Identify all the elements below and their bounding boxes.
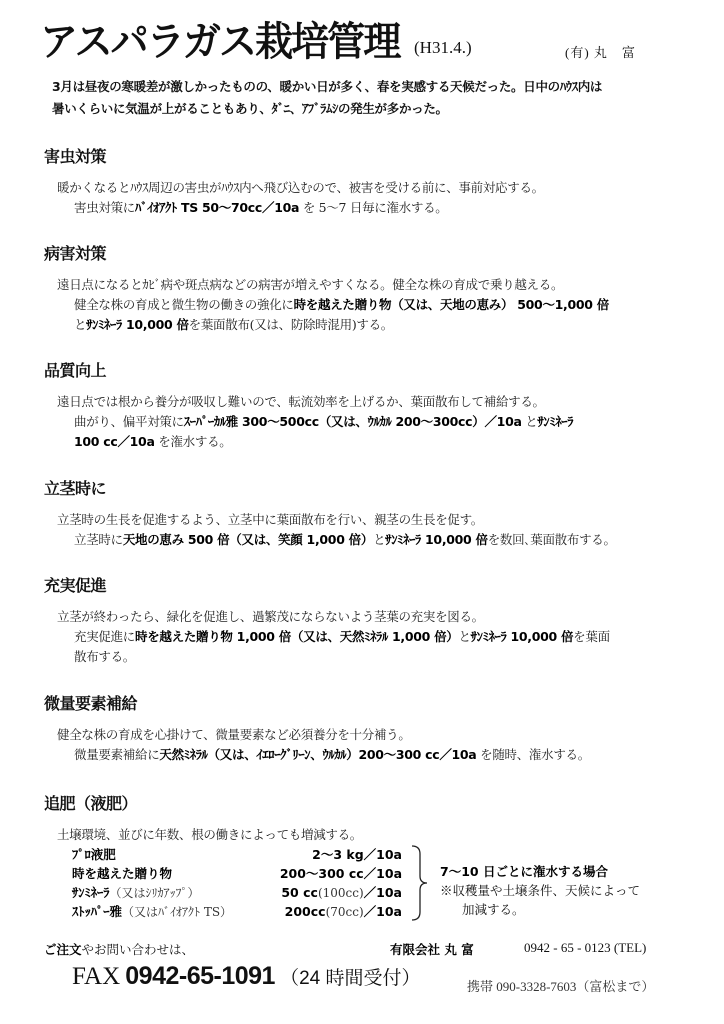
text: を 5～7 日毎に潅水する。 <box>299 200 447 215</box>
fertilizer-amount: 200cc(70cc)／10a <box>272 902 402 921</box>
fertilizer-amount: 50 cc(100cc)／10a <box>272 883 402 902</box>
section-heading: 追肥（液肥） <box>44 793 694 815</box>
name: ｻﾝﾐﾈｰﾗ <box>72 885 110 900</box>
section-heading: 害虫対策 <box>44 146 694 168</box>
page-title: アスパラガス栽培管理 <box>40 18 399 66</box>
product-dosage: ｻﾝﾐﾈｰﾗ 10,000 倍 <box>385 532 487 547</box>
fertilizer-amount: 2～3 kg／10a <box>272 845 402 864</box>
fax-number: 0942-65-1091 <box>125 962 275 990</box>
text: と <box>373 532 385 547</box>
product-dosage: ｽｰﾊﾟｰｶﾙ雅 300～500cc（又は、ｳﾙｶﾙ 200～300cc）／10… <box>184 414 522 429</box>
section-topdressing: 追肥（液肥） 土壌環境、並びに年数、根の働きによっても増減する。 <box>44 793 694 845</box>
section-instruction-cont: とｻﾝﾐﾈｰﾗ 10,000 倍を葉面散布(又は、防除時混用)する。 <box>44 315 694 335</box>
intro-paragraph: 3月は昼夜の寒暖差が激しかったものの、暖かい日が多く、春を実感する天候だった。日… <box>52 76 692 120</box>
name: ｽﾄｯﾊﾟｰ雅 <box>72 904 122 919</box>
product-dosage: 天然ﾐﾈﾗﾙ（又は、ｲｴﾛｰｸﾞﾘｰﾝ、ｳﾙｶﾙ）200～300 cc／10a <box>159 747 476 762</box>
product-dosage: 100 cc／10a <box>74 434 155 449</box>
section-text: 健全な株の育成を心掛けて、微量要素など必須養分を十分補う。 <box>44 725 694 745</box>
alt-amount: (100cc) <box>318 886 364 900</box>
section-instruction: 健全な株の育成と微生物の働きの強化に時を越えた贈り物（又は、天地の恵み） 500… <box>44 295 694 315</box>
order-label: ご注文 <box>44 942 82 957</box>
name: 時を越えた贈り物 <box>72 866 172 881</box>
section-text: 立茎時の生長を促進するよう、立茎中に葉面散布を行い、親茎の生長を促す。 <box>44 510 694 530</box>
text: 曲がり、偏平対策に <box>74 414 184 429</box>
fertilizer-amount: 200～300 cc／10a <box>272 864 402 883</box>
tel-number: 0942 - 65 - 0123 (TEL) <box>524 940 646 956</box>
section-pest-control: 害虫対策 暖かくなるとﾊｳｽ周辺の害虫がﾊｳｽ内へ飛び込むので、被害を受ける前に… <box>44 146 694 218</box>
note-text: 加減する。 <box>440 900 640 919</box>
text: 健全な株の育成と微生物の働きの強化に <box>74 297 294 312</box>
section-instruction: 曲がり、偏平対策にｽｰﾊﾟｰｶﾙ雅 300～500cc（又は、ｳﾙｶﾙ 200～… <box>44 412 694 432</box>
note-text: ※収穫量や土壌条件、天候によって <box>440 881 640 900</box>
section-heading: 立茎時に <box>44 478 694 500</box>
fertilizer-row: ｽﾄｯﾊﾟｰ雅（又はﾊﾞｲｵｱｸﾄ TS） 200cc(70cc)／10a <box>72 902 412 921</box>
fax-label: FAX <box>72 963 120 990</box>
section-enrichment: 充実促進 立茎が終わったら、緑化を促進し、過繁茂にならないよう茎葉の充実を図る。… <box>44 575 694 667</box>
text: を葉面散布(又は、防除時混用)する。 <box>189 317 393 332</box>
fertilizer-name: ｽﾄｯﾊﾟｰ雅（又はﾊﾞｲｵｱｸﾄ TS） <box>72 902 272 921</box>
fertilizer-note: 7～10 日ごとに潅水する場合 ※収穫量や土壌条件、天候によって 加減する。 <box>440 862 640 919</box>
company-full-name: 有限会社 丸 富 <box>390 940 474 958</box>
unit: ／10a <box>364 904 402 919</box>
alternative: （又はﾊﾞｲｵｱｸﾄ TS） <box>122 905 232 919</box>
text: 立茎時に <box>74 532 123 547</box>
text: を葉面 <box>573 629 610 644</box>
section-disease-control: 病害対策 遠日点になるとｶﾋﾞ病や斑点病などの病害が増えやすくなる。健全な株の育… <box>44 243 694 335</box>
amount: 200cc <box>285 904 326 919</box>
section-instruction: 微量要素補給に天然ﾐﾈﾗﾙ（又は、ｲｴﾛｰｸﾞﾘｰﾝ、ｳﾙｶﾙ）200～300 … <box>44 745 694 765</box>
fertilizer-table: ﾌﾟﾛ液肥 2～3 kg／10a 時を越えた贈り物 200～300 cc／10a… <box>72 845 412 921</box>
text: 微量要素補給に <box>74 747 159 762</box>
section-text: 遠日点になるとｶﾋﾞ病や斑点病などの病害が増えやすくなる。健全な株の育成で乗り越… <box>44 275 694 295</box>
section-instruction-cont: 100 cc／10a を潅水する。 <box>44 432 694 452</box>
fax-hours: （24 時間受付） <box>280 968 420 989</box>
fertilizer-row: ｻﾝﾐﾈｰﾗ（又はｼﾘｶｱｯﾌﾟ） 50 cc(100cc)／10a <box>72 883 412 902</box>
name: ﾌﾟﾛ液肥 <box>72 847 116 862</box>
text: と <box>522 414 538 429</box>
section-heading: 病害対策 <box>44 243 694 265</box>
section-instruction-cont: 散布する。 <box>44 647 694 667</box>
company-name: (有) 丸 富 <box>565 42 636 61</box>
product-dosage: 天地の恵み 500 倍（又は、笑顔 1,000 倍） <box>123 532 373 547</box>
contact-line: ご注文やお問い合わせは、 有限会社 丸 富 0942 - 65 - 0123 (… <box>44 940 694 958</box>
section-stem-standing: 立茎時に 立茎時の生長を促進するよう、立茎中に葉面散布を行い、親茎の生長を促す。… <box>44 478 694 550</box>
mobile-number: 携帯 090-3328-7603（富松まで） <box>467 976 654 995</box>
inquiry-text: やお問い合わせは、 <box>82 942 195 957</box>
fertilizer-row: 時を越えた贈り物 200～300 cc／10a <box>72 864 412 883</box>
title-date: (H31.4.) <box>414 38 472 58</box>
text: と <box>74 317 86 332</box>
section-heading: 微量要素補給 <box>44 693 694 715</box>
section-instruction: 立茎時に天地の恵み 500 倍（又は、笑顔 1,000 倍）とｻﾝﾐﾈｰﾗ 10… <box>44 530 694 550</box>
section-micronutrients: 微量要素補給 健全な株の育成を心掛けて、微量要素など必須養分を十分補う。 微量要… <box>44 693 694 765</box>
text: 害虫対策に <box>74 200 135 215</box>
product-name: ｻﾝﾐﾈｰﾗ <box>537 414 573 429</box>
section-heading: 充実促進 <box>44 575 694 597</box>
intro-line: 暑いくらいに気温が上がることもあり、ﾀﾞﾆ、ｱﾌﾞﾗﾑｼの発生が多かった。 <box>52 98 692 120</box>
section-instruction: 害虫対策にﾊﾞｲｵｱｸﾄ TS 50～70cc／10a を 5～7 日毎に潅水す… <box>44 198 694 218</box>
section-text: 立茎が終わったら、緑化を促進し、過繁茂にならないよう茎葉の充実を図る。 <box>44 607 694 627</box>
brace-icon <box>408 844 430 922</box>
fertilizer-name: ﾌﾟﾛ液肥 <box>72 845 272 864</box>
amount: 50 cc <box>281 885 318 900</box>
fax-line: FAX 0942-65-1091 （24 時間受付） 携帯 090-3328-7… <box>72 962 702 991</box>
section-quality-improvement: 品質向上 遠日点では根から養分が吸収し難いので、転流効率を上げるか、葉面散布して… <box>44 360 694 452</box>
text: を随時、潅水する。 <box>476 747 589 762</box>
product-dosage: ｻﾝﾐﾈｰﾗ 10,000 倍 <box>86 317 188 332</box>
text: 充実促進に <box>74 629 135 644</box>
section-instruction: 充実促進に時を越えた贈り物 1,000 倍（又は、天然ﾐﾈﾗﾙ 1,000 倍）… <box>44 627 694 647</box>
product-dosage: 時を越えた贈り物 1,000 倍（又は、天然ﾐﾈﾗﾙ 1,000 倍） <box>135 629 459 644</box>
product-dosage: 時を越えた贈り物（又は、天地の恵み） 500～1,000 倍 <box>294 297 609 312</box>
intro-line: 3月は昼夜の寒暖差が激しかったものの、暖かい日が多く、春を実感する天候だった。日… <box>52 76 692 98</box>
fertilizer-name: 時を越えた贈り物 <box>72 864 272 883</box>
fertilizer-row: ﾌﾟﾛ液肥 2～3 kg／10a <box>72 845 412 864</box>
alternative: （又はｼﾘｶｱｯﾌﾟ） <box>110 886 200 900</box>
text: と <box>459 629 471 644</box>
section-heading: 品質向上 <box>44 360 694 382</box>
product-dosage: ｻﾝﾐﾈｰﾗ 10,000 倍 <box>471 629 573 644</box>
unit: ／10a <box>364 885 402 900</box>
section-text: 遠日点では根から養分が吸収し難いので、転流効率を上げるか、葉面散布して補給する。 <box>44 392 694 412</box>
irrigation-interval: 7～10 日ごとに潅水する場合 <box>440 862 640 881</box>
text: を潅水する。 <box>155 434 232 449</box>
text: を数回､葉面散布する。 <box>488 532 616 547</box>
product-dosage: ﾊﾞｲｵｱｸﾄ TS 50～70cc／10a <box>135 200 299 215</box>
section-text: 暖かくなるとﾊｳｽ周辺の害虫がﾊｳｽ内へ飛び込むので、被害を受ける前に、事前対応… <box>44 178 694 198</box>
section-text: 土壌環境、並びに年数、根の働きによっても増減する。 <box>44 825 694 845</box>
fertilizer-name: ｻﾝﾐﾈｰﾗ（又はｼﾘｶｱｯﾌﾟ） <box>72 883 272 902</box>
alt-amount: (70cc) <box>326 905 364 919</box>
